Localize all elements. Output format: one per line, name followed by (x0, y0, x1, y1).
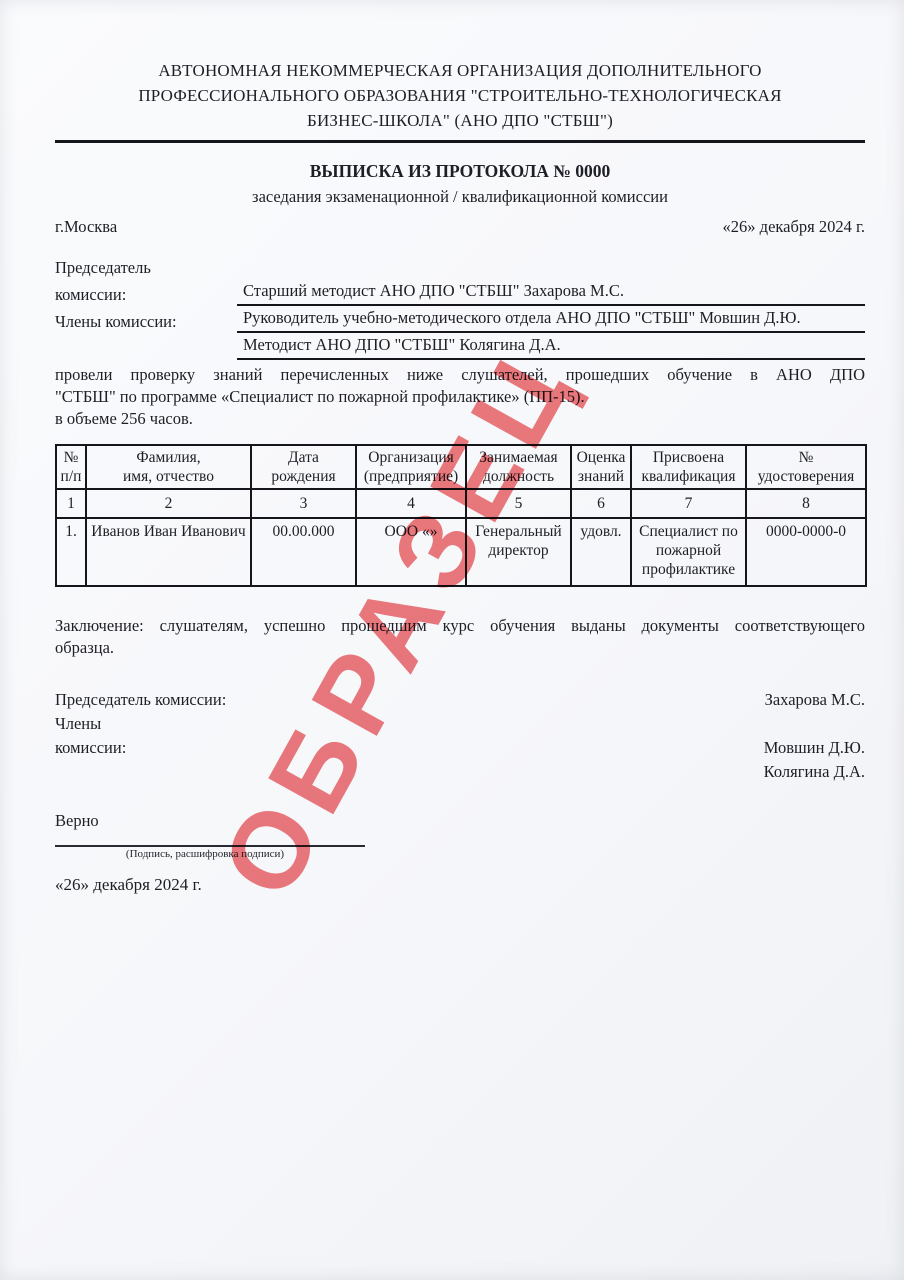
body-volume: в объеме 256 часов. (55, 408, 865, 430)
body-paragraph-line2: "СТБШ" по программе «Специалист по пожар… (55, 386, 865, 408)
commission-section: Председатель комиссии: Старший методист … (55, 257, 865, 360)
signature-row-chairman: Председатель комиссии: Захарова М.С. (55, 688, 865, 712)
chairman-row: комиссии: Старший методист АНО ДПО "СТБШ… (55, 279, 865, 306)
signature-members-label-line1: Члены (55, 712, 101, 736)
body-paragraph-line1: провели проверку знаний перечисленных ни… (55, 364, 865, 386)
document-subtitle: заседания экзаменационной / квалификацио… (55, 186, 865, 207)
col-header-position: Занимаемаядолжность (466, 445, 571, 489)
cell-fio: Иванов Иван Иванович (86, 518, 251, 586)
col-header-grade: Оценказнаний (571, 445, 631, 489)
document-page: АВТОНОМНАЯ НЕКОММЕРЧЕСКАЯ ОРГАНИЗАЦИЯ ДО… (0, 0, 904, 1280)
col-number-8: 8 (746, 489, 866, 518)
cell-organization: ООО «» (356, 518, 466, 586)
cell-birth-date: 00.00.000 (251, 518, 356, 586)
results-table: №п/п Фамилия,имя, отчество Датарождения … (55, 444, 867, 587)
header-divider (55, 140, 865, 143)
col-header-org: Организация(предприятие) (356, 445, 466, 489)
member1-row: Члены комиссии: Руководитель учебно-мето… (55, 306, 865, 333)
body-paragraph: провели проверку знаний перечисленных ни… (55, 364, 865, 430)
signature-row-member2: Колягина Д.А. (55, 760, 865, 784)
col-number-4: 4 (356, 489, 466, 518)
signature-row-member1: комиссии: Мовшин Д.Ю. (55, 736, 865, 760)
table-header-row: №п/п Фамилия,имя, отчество Датарождения … (56, 445, 866, 489)
col-number-1: 1 (56, 489, 86, 518)
table-column-numbers-row: 1 2 3 4 5 6 7 8 (56, 489, 866, 518)
col-header-birth-l2: рождения (255, 467, 352, 486)
cell-position: Генеральный директор (466, 518, 571, 586)
col-header-birth-l1: Дата (255, 448, 352, 467)
signature-chairman-name: Захарова М.С. (765, 688, 865, 712)
date-bottom: «26» декабря 2024 г. (55, 874, 865, 896)
chairman-label-line2: комиссии: (55, 284, 237, 306)
col-header-certificate-l1: № (750, 448, 862, 467)
member2-value: Методист АНО ДПО "СТБШ" Колягина Д.А. (237, 334, 865, 360)
verno-label: Верно (55, 810, 865, 832)
col-header-certificate: №удостоверения (746, 445, 866, 489)
cell-qualification: Специалист по пожарной профилактике (631, 518, 746, 586)
cell-npp: 1. (56, 518, 86, 586)
col-header-fio-l2: имя, отчество (90, 467, 247, 486)
signatures-section: Председатель комиссии: Захарова М.С. Чле… (55, 688, 865, 784)
col-header-birth: Датарождения (251, 445, 356, 489)
col-number-5: 5 (466, 489, 571, 518)
col-header-certificate-l2: удостоверения (750, 467, 862, 486)
chairman-value: Старший методист АНО ДПО "СТБШ" Захарова… (237, 280, 865, 306)
city-label: г.Москва (55, 216, 117, 237)
col-number-3: 3 (251, 489, 356, 518)
city-date-row: г.Москва «26» декабря 2024 г. (55, 216, 865, 237)
signature-chairman-label: Председатель комиссии: (55, 688, 226, 712)
table-row: 1. Иванов Иван Иванович 00.00.000 ООО «»… (56, 518, 866, 586)
cell-certificate-no: 0000-0000-0 (746, 518, 866, 586)
signature-line (55, 832, 365, 847)
col-number-6: 6 (571, 489, 631, 518)
member2-row: Методист АНО ДПО "СТБШ" Колягина Д.А. (55, 333, 865, 360)
col-header-npp-l2: п/п (60, 467, 82, 486)
conclusion-paragraph: Заключение: слушателям, успешно прошедши… (55, 615, 865, 659)
col-header-qualification: Присвоенаквалификация (631, 445, 746, 489)
conclusion-line2: образца. (55, 637, 865, 659)
date-top: «26» декабря 2024 г. (723, 216, 865, 237)
document-title: ВЫПИСКА ИЗ ПРОТОКОЛА № 0000 (55, 160, 865, 182)
signature-members-label-line2: комиссии: (55, 736, 126, 760)
signature-caption: (Подпись, расшифровка подписи) (55, 848, 355, 861)
member1-value: Руководитель учебно-методического отдела… (237, 307, 865, 333)
organization-name: АВТОНОМНАЯ НЕКОММЕРЧЕСКАЯ ОРГАНИЗАЦИЯ ДО… (55, 58, 865, 133)
chairman-label-line1: Председатель (55, 257, 865, 279)
col-header-grade-l2: знаний (575, 467, 627, 486)
col-number-7: 7 (631, 489, 746, 518)
col-header-fio: Фамилия,имя, отчество (86, 445, 251, 489)
organization-name-line3: БИЗНЕС-ШКОЛА" (АНО ДПО "СТБШ") (55, 108, 865, 133)
signature-member1-name: Мовшин Д.Ю. (764, 736, 865, 760)
col-header-npp-l1: № (60, 448, 82, 467)
col-header-position-l1: Занимаемая (470, 448, 567, 467)
col-number-2: 2 (86, 489, 251, 518)
members-label: Члены комиссии: (55, 311, 237, 333)
col-header-position-l2: должность (470, 467, 567, 486)
organization-name-line1: АВТОНОМНАЯ НЕКОММЕРЧЕСКАЯ ОРГАНИЗАЦИЯ ДО… (55, 58, 865, 83)
document-content: АВТОНОМНАЯ НЕКОММЕРЧЕСКАЯ ОРГАНИЗАЦИЯ ДО… (0, 0, 904, 896)
col-header-qualification-l1: Присвоена (635, 448, 742, 467)
col-header-qualification-l2: квалификация (635, 467, 742, 486)
col-header-org-l1: Организация (360, 448, 462, 467)
col-header-npp: №п/п (56, 445, 86, 489)
col-header-grade-l1: Оценка (575, 448, 627, 467)
signature-row-members-label: Члены (55, 712, 865, 736)
col-header-fio-l1: Фамилия, (90, 448, 247, 467)
signature-member2-name: Колягина Д.А. (764, 760, 865, 784)
conclusion-line1: Заключение: слушателям, успешно прошедши… (55, 615, 865, 637)
col-header-org-l2: (предприятие) (360, 467, 462, 486)
organization-name-line2: ПРОФЕССИОНАЛЬНОГО ОБРАЗОВАНИЯ "СТРОИТЕЛЬ… (55, 83, 865, 108)
cell-grade: удовл. (571, 518, 631, 586)
